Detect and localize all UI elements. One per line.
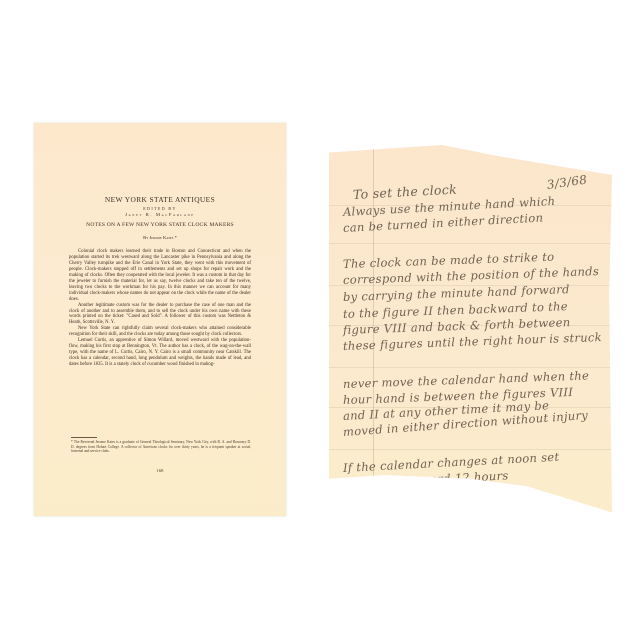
article-paragraph: New York State can rightfully claim seve… xyxy=(69,326,251,338)
footnote: * The Reverend Jerome Kates is a graduat… xyxy=(71,440,251,454)
handwritten-note-page: 3/3/68 To set the clock Always use the m… xyxy=(329,145,612,520)
article-paragraph: Lemuel Curtis, an apprentice of Simon Wi… xyxy=(69,338,251,368)
article-paragraph: Colonial clock makers learned their trad… xyxy=(69,249,251,303)
editor-name: Janet R. MacFarlane xyxy=(34,212,286,217)
edited-by-label: EDITED BY xyxy=(34,206,286,211)
footnote-divider xyxy=(71,437,97,438)
article-body: Colonial clock makers learned their trad… xyxy=(69,249,251,368)
page-title: NEW YORK STATE ANTIQUES xyxy=(34,195,286,204)
ruled-line xyxy=(329,243,612,244)
article-byline: By Jerome Kates * xyxy=(34,235,286,240)
note-date: 3/3/68 xyxy=(546,172,588,191)
article-paragraph: Another legitimate custom was for the de… xyxy=(69,303,251,327)
ruled-line xyxy=(329,367,612,368)
ruled-line xyxy=(329,449,612,450)
page-number: 168 xyxy=(34,468,286,473)
article-title: NOTES ON A FEW NEW YORK STATE CLOCK MAKE… xyxy=(34,222,286,228)
printed-magazine-page: NEW YORK STATE ANTIQUES EDITED BY Janet … xyxy=(34,123,286,516)
